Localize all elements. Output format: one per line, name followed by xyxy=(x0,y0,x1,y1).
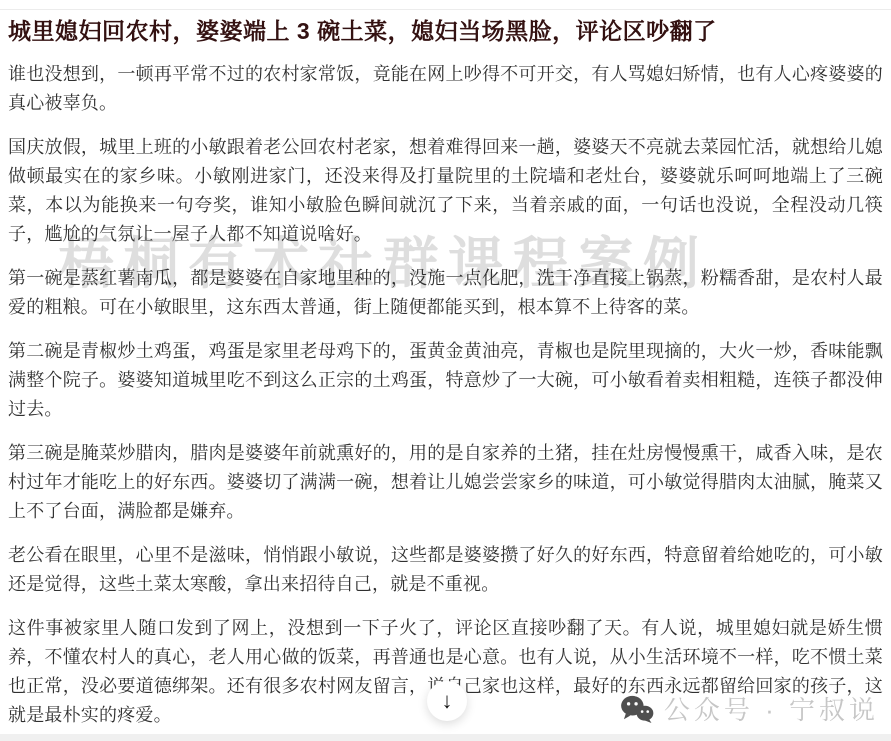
article-body: 谁也没想到，一顿再平常不过的农村家常饭，竟能在网上吵得不可开交，有人骂媳妇矫情，… xyxy=(8,60,883,741)
down-arrow-icon: ↓ xyxy=(442,690,453,712)
scroll-down-button[interactable]: ↓ xyxy=(427,681,467,721)
account-badge-text: 公众号 · 宁叔说 xyxy=(664,690,879,727)
paragraph-2: 国庆放假，城里上班的小敏跟着老公回农村老家，想着难得回来一趟，婆婆天不亮就去菜园… xyxy=(8,133,883,249)
paragraph-6: 老公看在眼里，心里不是滋味，悄悄跟小敏说，这些都是婆婆攒了好久的好东西，特意留着… xyxy=(8,541,883,599)
paragraph-3: 第一碗是蒸红薯南瓜，都是婆婆在自家地里种的，没施一点化肥，洗干净直接上锅蒸，粉糯… xyxy=(8,264,883,322)
article-title: 城里媳妇回农村，婆婆端上 3 碗土菜，媳妇当场黑脸，评论区吵翻了 xyxy=(8,16,883,46)
article-page: 城里媳妇回农村，婆婆端上 3 碗土菜，媳妇当场黑脸，评论区吵翻了 梧桐有术社群课… xyxy=(0,0,891,741)
paragraph-4: 第二碗是青椒炒土鸡蛋，鸡蛋是家里老母鸡下的，蛋黄金黄油亮，青椒也是院里现摘的，大… xyxy=(8,337,883,424)
paragraph-1: 谁也没想到，一顿再平常不过的农村家常饭，竟能在网上吵得不可开交，有人骂媳妇矫情，… xyxy=(8,60,883,118)
wechat-icon xyxy=(620,695,654,723)
account-badge: 公众号 · 宁叔说 xyxy=(620,690,879,727)
top-divider xyxy=(0,9,891,10)
bottom-divider xyxy=(0,734,891,741)
paragraph-5: 第三碗是腌菜炒腊肉，腊肉是婆婆年前就熏好的，用的是自家养的土猪，挂在灶房慢慢熏干… xyxy=(8,439,883,526)
